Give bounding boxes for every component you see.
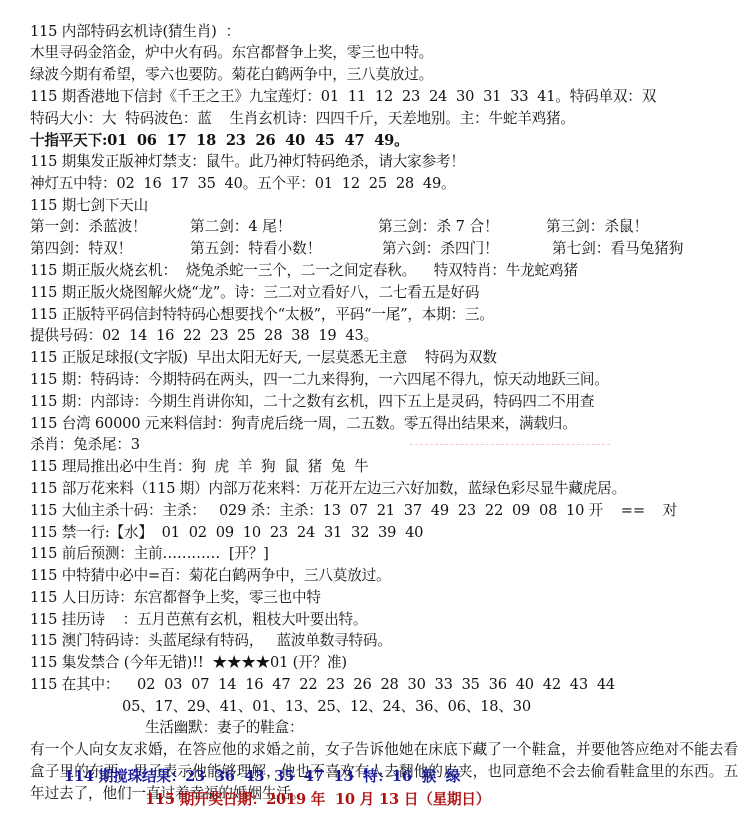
ban-row-line: 115 禁一行:【水】 01 02 09 10 23 24 31 32 39 4…	[30, 523, 423, 543]
provided-numbers-line: 提供号码：02 14 16 22 23 25 28 38 19 43。	[30, 326, 378, 346]
sword-3a: 第三剑：杀 7 合！	[378, 217, 499, 237]
flower-material-line: 115 部万花来料（115 期）内部万花来料：万花开左边三六好加数，蓝绿色彩尽显…	[30, 479, 626, 499]
calendar-poem-line: 115 人日历诗：东宫都督争上奖，零三也中特	[30, 588, 321, 608]
flat-envelope-line: 115 正版特平码信封特特码心想要找个“太极”，平码“一尾”，本期：三。	[30, 305, 494, 325]
sword-2: 第二剑：4 尾！	[190, 217, 292, 237]
swords-row-2: 第四剑：特双！ 第五剑：特看小数！ 第六剑：杀四门！ 第七剑：看马兔猪狗	[30, 239, 730, 259]
hit-guess-line: 115 中特猜中必中=百：菊花白鹤两争中，三八莫放过。	[30, 566, 390, 586]
fire-mystery-line: 115 期正版火烧玄机： 烧兔杀蛇一三个，二一之间定春秋。 特双特肖：牛龙蛇鸡猪	[30, 261, 578, 281]
among-them-cont-line: 05、17、29、41、01、13、25、12、24、36、06、18、30	[122, 697, 531, 717]
kill-zodiac-line: 杀肖：兔杀尾：3	[30, 435, 140, 455]
lamp-five-line: 神灯五中特：02 16 17 35 40。五个平：01 12 25 28 49。	[30, 174, 455, 194]
sword-1: 第一剑：杀蓝波！	[30, 217, 147, 237]
humor-title: 生活幽默：妻子的鞋盒：	[145, 718, 303, 738]
poem-line-1: 木里寻码金箔金，炉中火有码。东宫都督争上奖，零三也中特。	[30, 43, 433, 63]
immortal-kill-line: 115 大仙主杀十码：主杀： 029 杀：主杀：13 07 21 37 49 2…	[30, 501, 677, 521]
lamp-ban-line: 115 期集发正版神灯禁支：鼠牛。此乃神灯特码绝杀，请大家参考！	[30, 152, 465, 172]
draw-date-line: 115 期开奖日期：2019 年 10 月 13 日（星期日）	[145, 790, 490, 810]
taiwan-envelope-line: 115 台湾 60000 元来料信封：狗青虎后绕一周，二五数。零五得出结果来，满…	[30, 414, 577, 434]
lottery-document: 115 内部特码玄机诗(猜生肖) ： 木里寻码金箔金，炉中火有码。东宫都督争上奖…	[0, 0, 748, 827]
poem-line-2: 绿波今期有希望，零六也要防。菊花白鹤两争中，三八莫放过。	[30, 65, 433, 85]
ban-combo-line: 115 集发禁合 (今年无错)!! ★★★★01 (开？准)	[30, 653, 347, 673]
special-size-line: 特码大小：大 特码波色：蓝 生肖玄机诗：四四千斤，天差地别。主：牛蛇羊鸡猪。	[30, 109, 575, 129]
swords-row-1: 第一剑：杀蓝波！ 第二剑：4 尾！ 第三剑：杀 7 合！ 第三剑：杀鼠！	[30, 217, 730, 237]
seven-swords-title: 115 期七剑下天山	[30, 196, 148, 216]
draw-result-line: 114 期搅珠结果：23 36 43 35 47 13 特：16 猴 绿	[64, 767, 460, 787]
title-line: 115 内部特码玄机诗(猜生肖) ：	[30, 22, 240, 42]
macau-poem-line: 115 澳门特码诗：头蓝尾绿有特码， 蓝波单数寻特码。	[30, 631, 392, 651]
sword-5: 第五剑：特看小数！	[190, 239, 321, 259]
hanging-calendar-line: 115 挂历诗 ：五月芭蕉有玄机，粗枝大叶要出特。	[30, 610, 367, 630]
sword-4: 第四剑：特双！	[30, 239, 132, 259]
sword-6: 第六剑：杀四门！	[382, 239, 499, 259]
internal-poem-line: 115 期：内部诗：今期生肖讲你知，二十之数有玄机，四下五上是灵码，特码四二不用…	[30, 392, 594, 412]
football-paper-line: 115 正版足球报(文字版) 早出太阳无好天, 一层莫悉无主意 特码为双数	[30, 348, 497, 368]
sword-3b: 第三剑：杀鼠！	[546, 217, 648, 237]
ten-fingers-line: 十指平天下:01 06 17 18 23 26 40 45 47 49。	[30, 131, 409, 151]
sword-7: 第七剑：看马兔猪狗	[552, 239, 683, 259]
hk-envelope-line: 115 期香港地下信封《千王之王》九宝莲灯：01 11 12 23 24 30 …	[30, 87, 656, 107]
fire-diagram-line: 115 期正版火烧图解火烧“龙”。诗：三二对立看好八，二七看五是好码	[30, 283, 479, 303]
special-poem-line: 115 期：特码诗：今期特码在两头，四一二九来得狗，一六四尾不得九，惊天动地跃三…	[30, 370, 609, 390]
faint-divider	[410, 444, 610, 445]
among-them-line: 115 在其中： 02 03 07 14 16 47 22 23 26 28 3…	[30, 675, 615, 695]
front-back-line: 115 前后预测：主前………… [开？]	[30, 544, 269, 564]
must-win-zodiac-line: 115 理局推出必中生肖：狗 虎 羊 狗 鼠 猪 兔 牛	[30, 457, 369, 477]
